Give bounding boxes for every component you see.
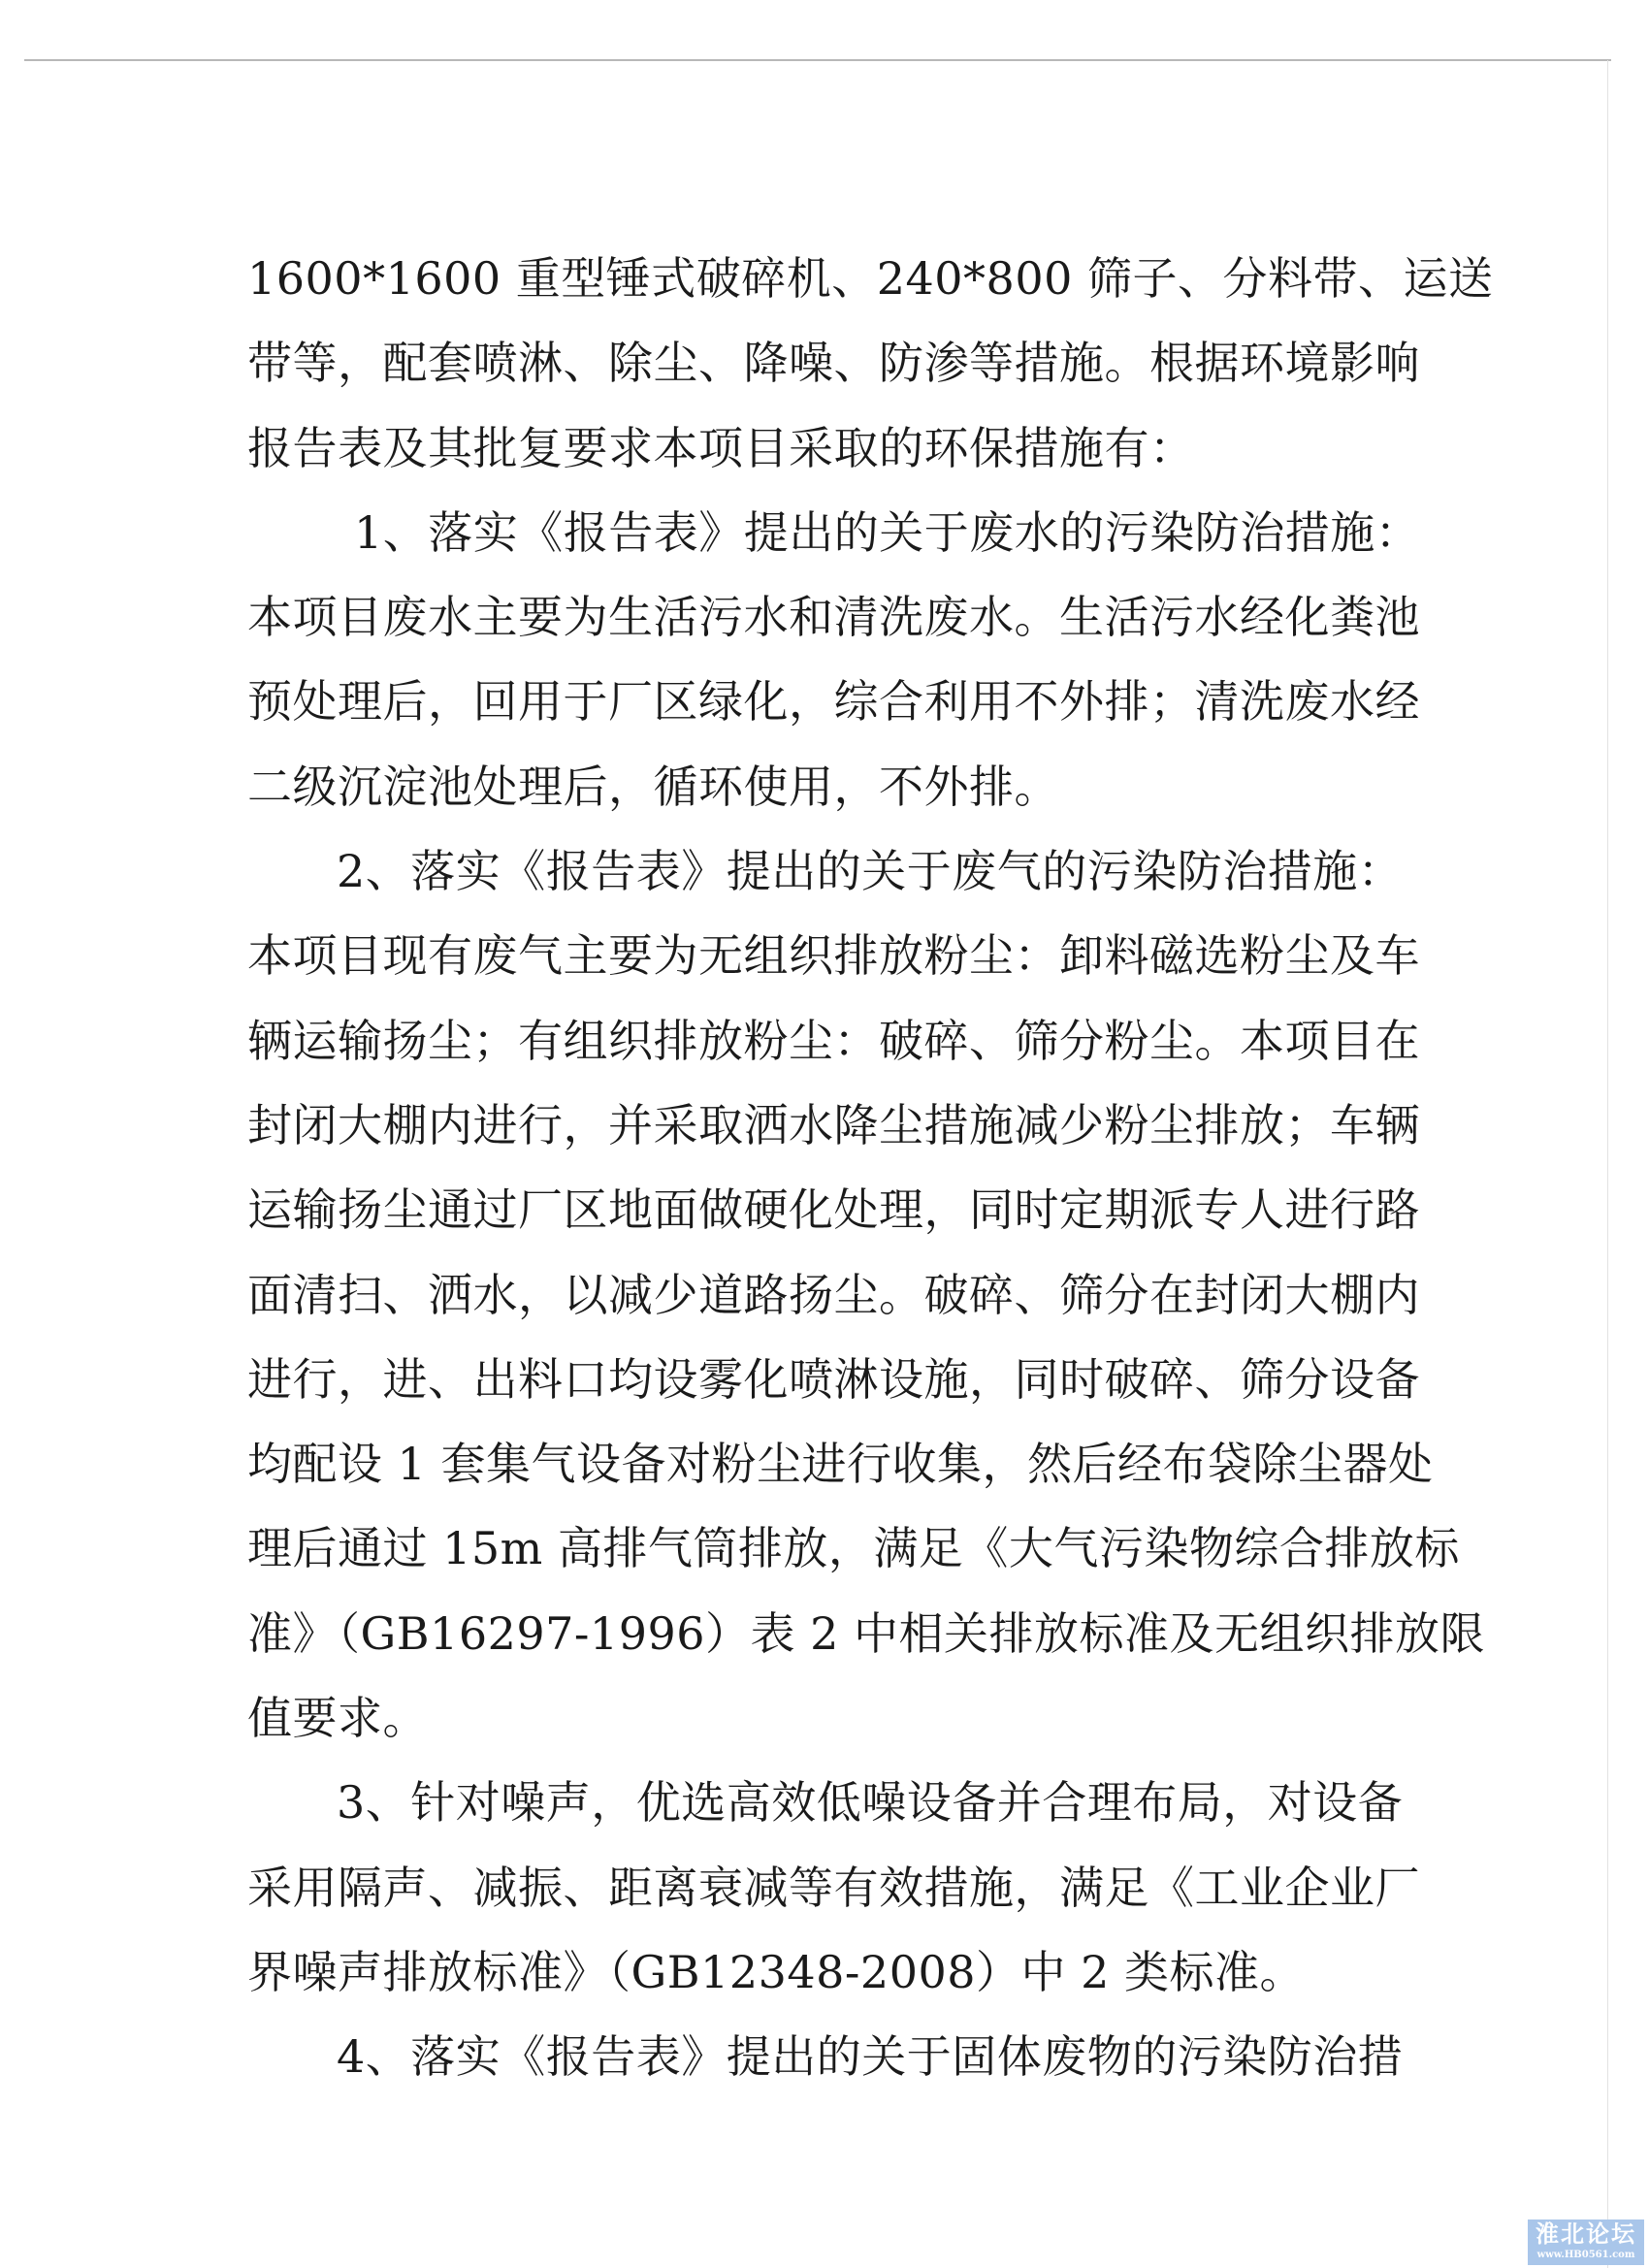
text-line: 面清扫、洒水，以减少道路扬尘。破碎、筛分在封闭大棚内 bbox=[247, 1267, 1363, 1351]
text-line: 值要求。 bbox=[247, 1690, 1363, 1774]
paragraph-heading-2: 2、落实《报告表》提出的关于废气的污染防治措施： bbox=[247, 843, 1363, 927]
text-line: 进行，进、出料口均设雾化喷淋设施，同时破碎、筛分设备 bbox=[247, 1351, 1363, 1436]
text-line: 运输扬尘通过厂区地面做硬化处理，同时定期派专人进行路 bbox=[247, 1182, 1363, 1266]
text-line: 界噪声排放标准》（GB12348-2008）中 2 类标准。 bbox=[247, 1944, 1363, 2028]
text-line: 辆运输扬尘；有组织排放粉尘：破碎、筛分粉尘。本项目在 bbox=[247, 1013, 1363, 1097]
paragraph-heading-3: 3、针对噪声，优选高效低噪设备并合理布局，对设备 bbox=[247, 1774, 1363, 1859]
text-line: 封闭大棚内进行，并采取洒水降尘措施减少粉尘排放；车辆 bbox=[247, 1097, 1363, 1182]
page-top-rule bbox=[24, 59, 1611, 61]
text-line: 本项目废水主要为生活污水和清洗废水。生活污水经化粪池 bbox=[247, 589, 1363, 673]
site-watermark: 淮北论坛 www.HB0561.com bbox=[1528, 2219, 1644, 2265]
text-line: 采用隔声、减振、距离衰减等有效措施，满足《工业企业厂 bbox=[247, 1860, 1363, 1944]
watermark-title: 淮北论坛 bbox=[1528, 2219, 1644, 2249]
text-line: 带等，配套喷淋、除尘、降噪、防渗等措施。根据环境影响 bbox=[247, 335, 1363, 419]
watermark-url: www.HB0561.com bbox=[1528, 2249, 1644, 2262]
text-line: 本项目现有废气主要为无组织排放粉尘：卸料磁选粉尘及车 bbox=[247, 927, 1363, 1012]
text-line: 准》（GB16297-1996）表 2 中相关排放标准及无组织排放限 bbox=[247, 1605, 1363, 1690]
page-right-edge bbox=[1607, 60, 1608, 2268]
paragraph-heading-1: 1、落实《报告表》提出的关于废水的污染防治措施： bbox=[247, 504, 1363, 589]
text-line: 预处理后，回用于厂区绿化，综合利用不外排；清洗废水经 bbox=[247, 673, 1363, 758]
text-line: 均配设 1 套集气设备对粉尘进行收集，然后经布袋除尘器处 bbox=[247, 1436, 1363, 1520]
document-body: 1600*1600 重型锤式破碎机、240*800 筛子、分料带、运送 带等，配… bbox=[247, 250, 1363, 2114]
text-line: 报告表及其批复要求本项目采取的环保措施有： bbox=[247, 420, 1363, 504]
paragraph-heading-4: 4、落实《报告表》提出的关于固体废物的污染防治措 bbox=[247, 2028, 1363, 2113]
text-line: 理后通过 15m 高排气筒排放，满足《大气污染物综合排放标 bbox=[247, 1520, 1363, 1604]
text-line: 1600*1600 重型锤式破碎机、240*800 筛子、分料带、运送 bbox=[247, 250, 1363, 335]
text-line: 二级沉淀池处理后，循环使用，不外排。 bbox=[247, 759, 1363, 843]
